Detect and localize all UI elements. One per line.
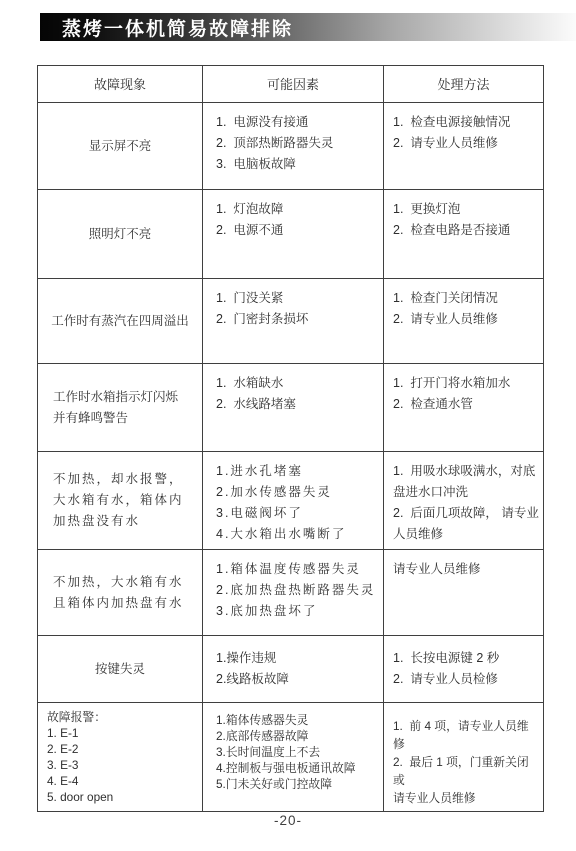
cell-solutions: 1. 检查门关闭情况 2. 请专业人员维修	[384, 279, 544, 364]
cell-causes: 1. 灯泡故障 2. 电源不通	[203, 190, 384, 279]
cell-phenomenon: 不加热，却水报警， 大水箱有水，箱体内 加热盘没有水	[38, 452, 203, 550]
cell-solutions: 1. 长按电源键 2 秒 2. 请专业人员检修	[384, 636, 544, 703]
page-number: -20-	[0, 813, 576, 828]
cell-solutions: 请专业人员维修	[384, 550, 544, 636]
cell-phenomenon: 工作时水箱指示灯闪烁 并有蜂鸣警告	[38, 364, 203, 452]
table-row: 故障报警： 1. E-1 2. E-2 3. E-3 4. E-4 5. doo…	[38, 703, 544, 812]
cell-causes: 1. 门没关紧 2. 门密封条损坏	[203, 279, 384, 364]
cell-phenomenon: 按键失灵	[38, 636, 203, 703]
cell-causes: 1.箱体传感器失灵 2.底部传感器故障 3.长时间温度上不去 4.控制板与强电板…	[203, 703, 384, 812]
table-row: 工作时有蒸汽在四周溢出 1. 门没关紧 2. 门密封条损坏 1. 检查门关闭情况…	[38, 279, 544, 364]
table-row: 按键失灵 1.操作违规 2.线路板故障 1. 长按电源键 2 秒 2. 请专业人…	[38, 636, 544, 703]
cell-causes: 1.箱体温度传感器失灵 2.底加热盘热断路器失灵 3.底加热盘坏了	[203, 550, 384, 636]
cell-phenomenon: 故障报警： 1. E-1 2. E-2 3. E-3 4. E-4 5. doo…	[38, 703, 203, 812]
cell-phenomenon: 不加热，大水箱有水 且箱体内加热盘有水	[38, 550, 203, 636]
troubleshooting-table: 故障现象 可能因素 处理方法 显示屏不亮 1. 电源没有接通 2. 顶部热断路器…	[37, 65, 544, 812]
cell-causes: 1.操作违规 2.线路板故障	[203, 636, 384, 703]
page-title: 蒸烤一体机简易故障排除	[40, 14, 293, 41]
cell-solutions: 1. 更换灯泡 2. 检查电路是否接通	[384, 190, 544, 279]
table-row: 显示屏不亮 1. 电源没有接通 2. 顶部热断路器失灵 3. 电脑板故障 1. …	[38, 103, 544, 190]
title-banner: 蒸烤一体机简易故障排除	[40, 13, 576, 41]
column-header-solutions: 处理方法	[384, 66, 544, 103]
cell-causes: 1.进水孔堵塞 2.加水传感器失灵 3.电磁阀坏了 4.大水箱出水嘴断了	[203, 452, 384, 550]
column-header-causes: 可能因素	[203, 66, 384, 103]
column-header-phenomenon: 故障现象	[38, 66, 203, 103]
cell-solutions: 1. 用吸水球吸满水，对底 盘进水口冲洗 2. 后面几项故障， 请专业 人员维修	[384, 452, 544, 550]
cell-phenomenon: 工作时有蒸汽在四周溢出	[38, 279, 203, 364]
cell-causes: 1. 水箱缺水 2. 水线路堵塞	[203, 364, 384, 452]
cell-solutions: 1. 打开门将水箱加水 2. 检查通水管	[384, 364, 544, 452]
table-row: 工作时水箱指示灯闪烁 并有蜂鸣警告 1. 水箱缺水 2. 水线路堵塞 1. 打开…	[38, 364, 544, 452]
manual-page: 蒸烤一体机简易故障排除 故障现象 可能因素 处理方法 显示屏不亮 1. 电源没有…	[0, 0, 576, 851]
table-row: 不加热，却水报警， 大水箱有水，箱体内 加热盘没有水 1.进水孔堵塞 2.加水传…	[38, 452, 544, 550]
cell-solutions: 1. 前 4 项，请专业人员维修 2. 最后 1 项，门重新关闭或 请专业人员维…	[384, 703, 544, 812]
cell-causes: 1. 电源没有接通 2. 顶部热断路器失灵 3. 电脑板故障	[203, 103, 384, 190]
cell-solutions: 1. 检查电源接触情况 2. 请专业人员维修	[384, 103, 544, 190]
table-row: 不加热，大水箱有水 且箱体内加热盘有水 1.箱体温度传感器失灵 2.底加热盘热断…	[38, 550, 544, 636]
cell-phenomenon: 照明灯不亮	[38, 190, 203, 279]
table-header-row: 故障现象 可能因素 处理方法	[38, 66, 544, 103]
cell-phenomenon: 显示屏不亮	[38, 103, 203, 190]
table-row: 照明灯不亮 1. 灯泡故障 2. 电源不通 1. 更换灯泡 2. 检查电路是否接…	[38, 190, 544, 279]
